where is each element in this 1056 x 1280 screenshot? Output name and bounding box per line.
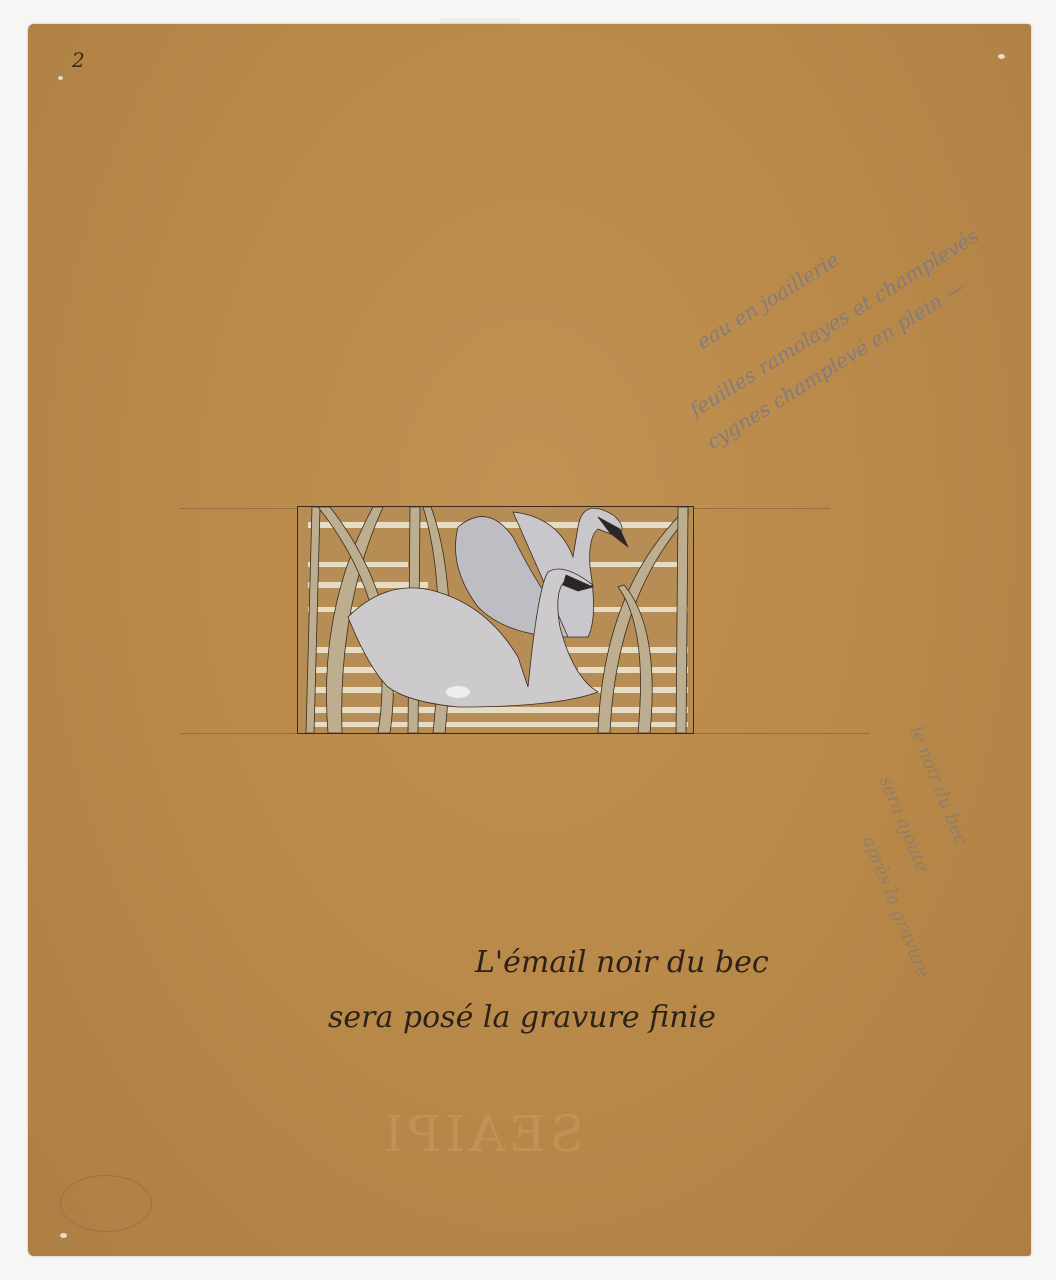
swan-artwork bbox=[297, 506, 694, 734]
pin-hole bbox=[60, 1233, 67, 1238]
ink-note-line-2: sera posé la gravure finie bbox=[328, 1000, 716, 1035]
faded-stamp: SEAIPI bbox=[380, 1105, 584, 1163]
pin-hole bbox=[58, 76, 63, 80]
pin-hole bbox=[998, 54, 1005, 59]
faint-pencil-sketch bbox=[60, 1175, 152, 1232]
page-number: 2 bbox=[72, 48, 85, 72]
ink-note-line-1: L'émail noir du bec bbox=[475, 945, 769, 980]
swan-illustration bbox=[298, 507, 693, 733]
